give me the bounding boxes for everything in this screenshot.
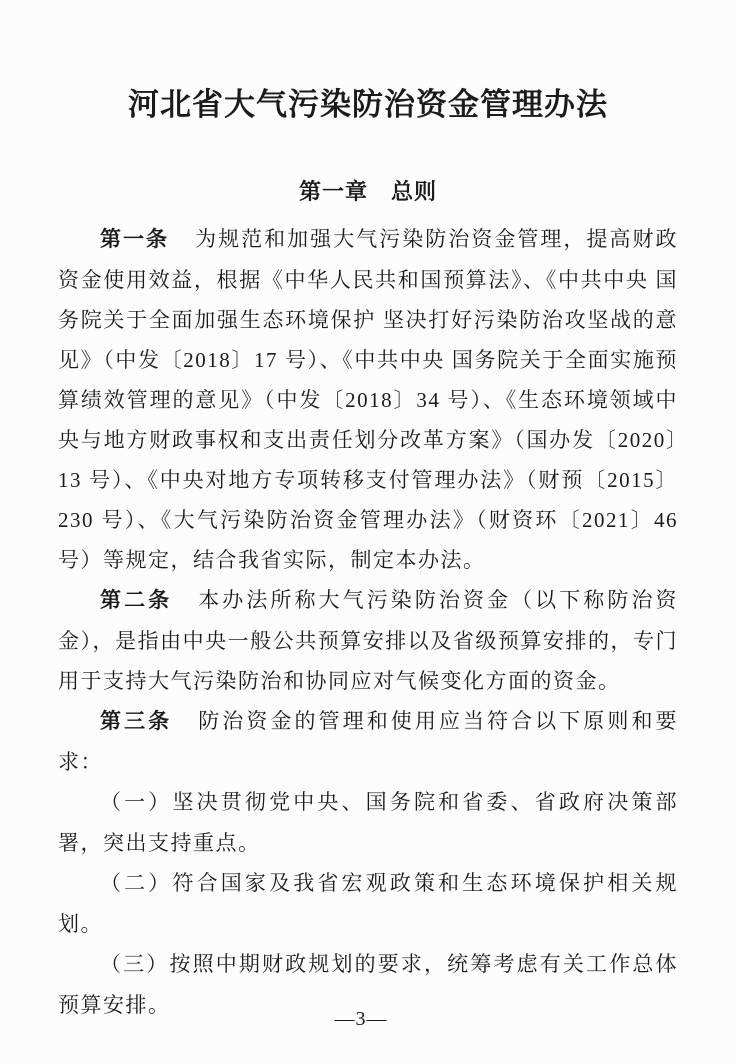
- article-1-text: 为规范和加强大气污染防治资金管理，提高财政资金使用效益，根据《中华人民共和国预算…: [58, 227, 678, 572]
- document-page: 河北省大气污染防治资金管理办法 第一章 总则 第一条为规范和加强大气污染防治资金…: [0, 0, 736, 1064]
- document-body: 第一条为规范和加强大气污染防治资金管理，提高财政资金使用效益，根据《中华人民共和…: [58, 219, 678, 1025]
- paragraph-article-3: 第三条防治资金的管理和使用应当符合以下原则和要求：: [58, 701, 678, 782]
- page-number: —3—: [0, 1008, 722, 1030]
- paragraph-article-1: 第一条为规范和加强大气污染防治资金管理，提高财政资金使用效益，根据《中华人民共和…: [58, 219, 678, 580]
- item-1-text: （一）坚决贯彻党中央、国务院和省委、省政府决策部署，突出支持重点。: [58, 790, 678, 855]
- item-2-text: （二）符合国家及我省宏观政策和生态环境保护相关规划。: [58, 871, 678, 936]
- paragraph-item-2: （二）符合国家及我省宏观政策和生态环境保护相关规划。: [58, 863, 678, 944]
- article-2-label: 第二条: [100, 589, 172, 612]
- paragraph-item-1: （一）坚决贯彻党中央、国务院和省委、省政府决策部署，突出支持重点。: [58, 782, 678, 863]
- paragraph-article-2: 第二条本办法所称大气污染防治资金（以下称防治资金），是指由中央一般公共预算安排以…: [58, 580, 678, 701]
- article-3-label: 第三条: [100, 710, 172, 733]
- document-title: 河北省大气污染防治资金管理办法: [0, 84, 736, 126]
- article-1-label: 第一条: [100, 228, 169, 251]
- chapter-heading: 第一章 总则: [0, 178, 736, 206]
